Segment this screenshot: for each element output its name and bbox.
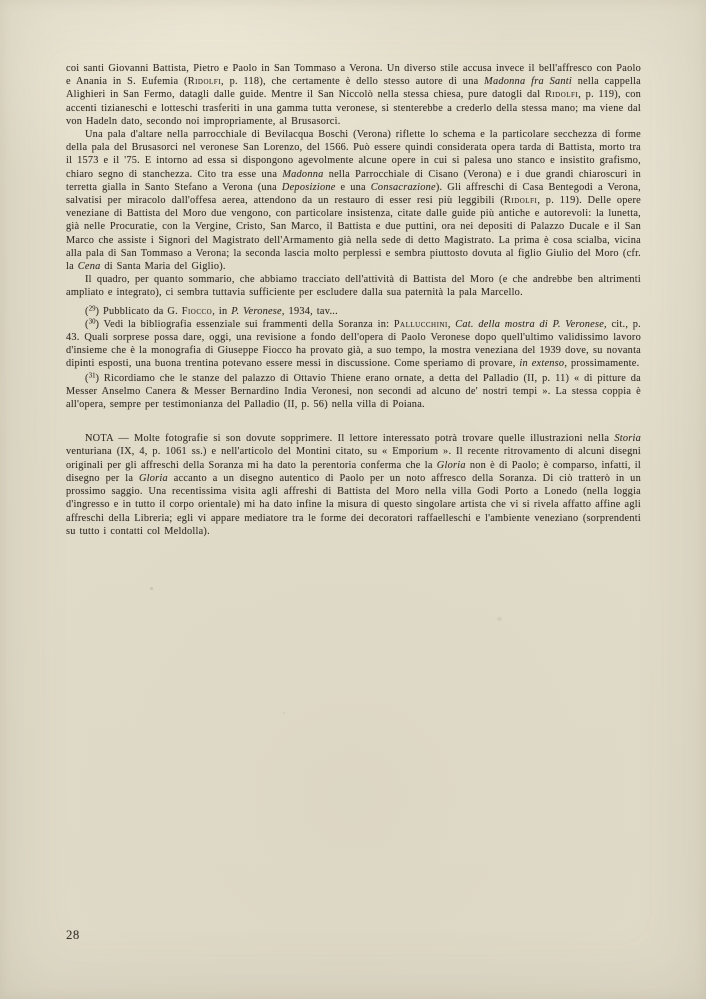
paragraph-continuation: coi santi Giovanni Battista, Pietro e Pa…	[66, 62, 641, 128]
paragraph-il-quadro: Il quadro, per quanto sommario, che abbi…	[66, 273, 641, 299]
text-segment: Madonna fra Santi	[484, 76, 572, 87]
text-block: coi santi Giovanni Battista, Pietro e Pa…	[66, 62, 641, 538]
text-segment: Cat. della mostra di P. Veronese	[455, 319, 604, 330]
text-segment: Fiocco	[182, 306, 213, 317]
nota-paragraph: NOTA — Molte fotografie si son dovute so…	[66, 432, 641, 538]
text-segment: Madonna	[282, 169, 323, 180]
text-segment: Ridolfi	[188, 76, 221, 87]
text-segment: Il quadro, per quanto sommario, che abbi…	[66, 274, 641, 298]
text-segment: Ridolfi	[545, 89, 578, 100]
text-segment: P. Veronese	[231, 306, 282, 317]
text-segment: Ridolfi	[504, 195, 537, 206]
text-segment: , 1934, tav...	[282, 306, 338, 317]
text-segment: Gloria	[437, 460, 466, 471]
paragraph-pala-altare: Una pala d'altare nella parrocchiale di …	[66, 128, 641, 273]
text-segment: ) Vedi la bibliografia essenziale sui fr…	[95, 319, 393, 330]
text-segment: Storia	[614, 433, 641, 444]
paper-speck	[283, 712, 285, 714]
text-segment: ) Pubblicato da G.	[95, 306, 181, 317]
footnote-30: (30) Vedi la bibliografia essenziale sui…	[66, 318, 641, 371]
text-segment: in extenso	[519, 358, 564, 369]
text-segment: e una	[336, 182, 371, 193]
text-segment: , p. 118), che certamente è dello stesso…	[221, 76, 484, 87]
scanned-book-page: { "page": { "number": "28", "paragraphs"…	[0, 0, 706, 999]
text-segment: , prossimamente.	[564, 358, 639, 369]
footnote-31: (31) Ricordiamo che le stanze del palazz…	[66, 372, 641, 412]
text-segment: ) Ricordiamo che le stanze del palazzo d…	[66, 373, 641, 410]
page-number: 28	[66, 928, 80, 943]
footnote-29: (29) Pubblicato da G. Fiocco, in P. Vero…	[66, 305, 641, 318]
text-segment: di Santa Maria del Giglio).	[101, 261, 226, 272]
text-segment: Deposizione	[282, 182, 336, 193]
paper-speck	[497, 617, 502, 621]
text-segment: Cena	[78, 261, 101, 272]
text-segment: , in	[212, 306, 231, 317]
text-segment: NOTA — Molte fotografie si son dovute so…	[85, 433, 614, 444]
text-segment: Pallucchini	[394, 319, 448, 330]
text-segment: Gloria	[139, 473, 168, 484]
text-segment: Consacrazione	[371, 182, 436, 193]
paper-speck	[150, 587, 153, 590]
